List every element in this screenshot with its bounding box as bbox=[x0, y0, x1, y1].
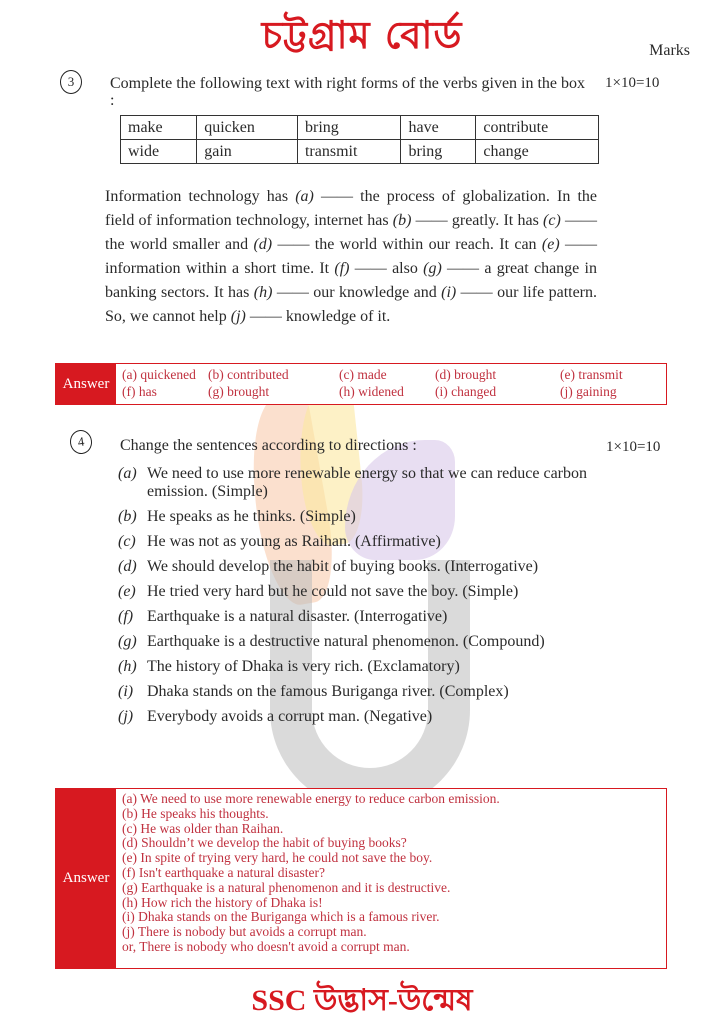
item-text: Earthquake is a natural disaster. (Inter… bbox=[147, 608, 447, 626]
answer-item: (i) changed bbox=[435, 384, 560, 401]
answer-item: (a) quickened bbox=[122, 367, 208, 384]
answer-item: (h) How rich the history of Dhaka is! bbox=[122, 896, 500, 911]
answer-item: (a) We need to use more renewable energy… bbox=[122, 792, 500, 807]
verb-cell: change bbox=[476, 140, 599, 164]
footer-title: SSC উদ্ভাস-উন্মেষ bbox=[0, 976, 724, 1024]
blank-label: (e) bbox=[542, 236, 560, 253]
q4-answer-box: Answer (a) We need to use more renewable… bbox=[55, 788, 667, 969]
answer-item: (b) He speaks his thoughts. bbox=[122, 807, 500, 822]
item-label: (i) bbox=[118, 683, 147, 701]
answer-label: Answer bbox=[56, 364, 116, 404]
answer-item: (g) Earthquake is a natural phenomenon a… bbox=[122, 881, 500, 896]
verb-cell: make bbox=[121, 116, 197, 140]
verb-cell: transmit bbox=[297, 140, 401, 164]
list-item: (f)Earthquake is a natural disaster. (In… bbox=[118, 608, 618, 626]
blank-label: (f) bbox=[334, 260, 349, 277]
q3-answers: (a) quickened (b) contributed (c) made (… bbox=[116, 364, 660, 404]
item-text: He was not as young as Raihan. (Affirmat… bbox=[147, 533, 441, 551]
blank-label: (b) bbox=[393, 212, 412, 229]
answer-item: (c) He was older than Raihan. bbox=[122, 822, 500, 837]
list-item: (e)He tried very hard but he could not s… bbox=[118, 583, 618, 601]
answer-item: (h) widened bbox=[339, 384, 435, 401]
q4-answers: (a) We need to use more renewable energy… bbox=[116, 789, 500, 968]
answer-item: (g) brought bbox=[208, 384, 339, 401]
blank-label: (a) bbox=[295, 188, 314, 205]
blank-label: (h) bbox=[254, 284, 273, 301]
item-label: (j) bbox=[118, 708, 147, 726]
q4-marks: 1×10=10 bbox=[606, 439, 660, 456]
verb-cell: gain bbox=[197, 140, 298, 164]
answer-item: (i) Dhaka stands on the Buriganga which … bbox=[122, 910, 500, 925]
list-item: (j)Everybody avoids a corrupt man. (Nega… bbox=[118, 708, 618, 726]
item-text: Earthquake is a destructive natural phen… bbox=[147, 633, 545, 651]
item-label: (e) bbox=[118, 583, 147, 601]
answer-item: (j) gaining bbox=[560, 384, 660, 401]
verb-cell: have bbox=[401, 116, 476, 140]
item-text: He tried very hard but he could not save… bbox=[147, 583, 518, 601]
verb-cell: quicken bbox=[197, 116, 298, 140]
verb-box: make quicken bring have contribute wide … bbox=[120, 115, 599, 164]
item-text: The history of Dhaka is very rich. (Excl… bbox=[147, 658, 460, 676]
item-label: (b) bbox=[118, 508, 147, 526]
blank-label: (d) bbox=[253, 236, 272, 253]
verb-box-row: wide gain transmit bring change bbox=[121, 140, 599, 164]
item-text: We need to use more renewable energy so … bbox=[147, 465, 618, 501]
q3-passage: Information technology has (a) —— the pr… bbox=[105, 185, 597, 329]
item-text: We should develop the habit of buying bo… bbox=[147, 558, 538, 576]
answer-item: (f) Isn't earthquake a natural disaster? bbox=[122, 866, 500, 881]
item-label: (d) bbox=[118, 558, 147, 576]
item-label: (h) bbox=[118, 658, 147, 676]
verb-cell: contribute bbox=[476, 116, 599, 140]
answer-item: (e) In spite of trying very hard, he cou… bbox=[122, 851, 500, 866]
question-number-3: 3 bbox=[60, 70, 82, 94]
q3-marks: 1×10=10 bbox=[605, 75, 659, 92]
item-label: (g) bbox=[118, 633, 147, 651]
board-title: চট্টগ্রাম বোর্ড bbox=[0, 6, 724, 70]
answer-item: (e) transmit bbox=[560, 367, 660, 384]
item-text: He speaks as he thinks. (Simple) bbox=[147, 508, 356, 526]
answer-item: or, There is nobody who doesn't avoid a … bbox=[122, 940, 500, 955]
item-text: Everybody avoids a corrupt man. (Negativ… bbox=[147, 708, 432, 726]
list-item: (i)Dhaka stands on the famous Buriganga … bbox=[118, 683, 618, 701]
item-label: (c) bbox=[118, 533, 147, 551]
marks-label: Marks bbox=[649, 42, 690, 60]
list-item: (a)We need to use more renewable energy … bbox=[118, 465, 618, 501]
verb-cell: wide bbox=[121, 140, 197, 164]
item-text: Dhaka stands on the famous Buriganga riv… bbox=[147, 683, 509, 701]
answer-item: (d) brought bbox=[435, 367, 560, 384]
answer-label: Answer bbox=[56, 789, 116, 968]
answer-item: (b) contributed bbox=[208, 367, 339, 384]
list-item: (g)Earthquake is a destructive natural p… bbox=[118, 633, 618, 651]
q4-instruction: Change the sentences according to direct… bbox=[120, 437, 417, 454]
item-label: (a) bbox=[118, 465, 147, 501]
verb-cell: bring bbox=[401, 140, 476, 164]
blank-label: (i) bbox=[441, 284, 456, 301]
answer-item: (d) Shouldn’t we develop the habit of bu… bbox=[122, 836, 500, 851]
list-item: (c)He was not as young as Raihan. (Affir… bbox=[118, 533, 618, 551]
verb-box-row: make quicken bring have contribute bbox=[121, 116, 599, 140]
list-item: (h)The history of Dhaka is very rich. (E… bbox=[118, 658, 618, 676]
answer-item: (j) There is nobody but avoids a corrupt… bbox=[122, 925, 500, 940]
list-item: (d)We should develop the habit of buying… bbox=[118, 558, 618, 576]
question-number-4: 4 bbox=[68, 429, 93, 456]
blank-label: (j) bbox=[231, 308, 246, 325]
verb-cell: bring bbox=[297, 116, 401, 140]
item-label: (f) bbox=[118, 608, 147, 626]
answer-item: (c) made bbox=[339, 367, 435, 384]
blank-label: (c) bbox=[543, 212, 561, 229]
answer-item: (f) has bbox=[122, 384, 208, 401]
q4-sentence-list: (a)We need to use more renewable energy … bbox=[118, 465, 618, 733]
q3-instruction: Complete the following text with right f… bbox=[110, 75, 590, 109]
blank-label: (g) bbox=[423, 260, 442, 277]
list-item: (b)He speaks as he thinks. (Simple) bbox=[118, 508, 618, 526]
q3-answer-box: Answer (a) quickened (b) contributed (c)… bbox=[55, 363, 667, 405]
